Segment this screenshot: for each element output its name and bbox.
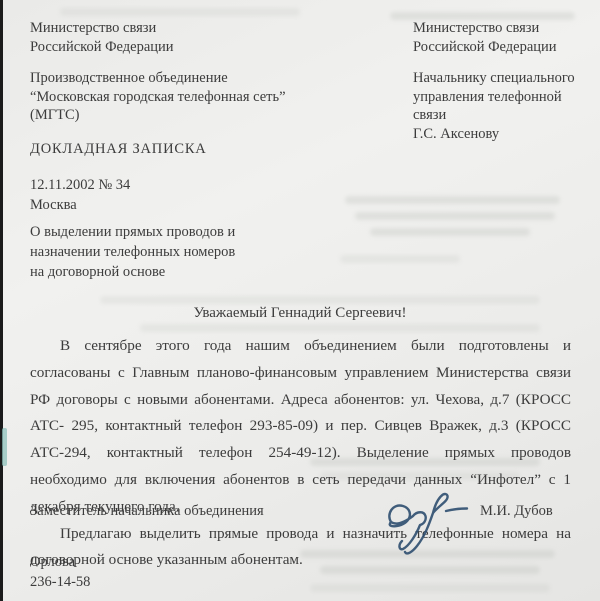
subject-block: О выделении прямых проводов и назначении… xyxy=(30,222,235,282)
handwritten-signature-icon xyxy=(383,490,479,566)
bleed-through-smudge xyxy=(100,296,540,304)
bleed-through-smudge xyxy=(355,212,555,220)
executor-block: Орлова 236-14-58 xyxy=(30,552,90,592)
executor-phone: 236-14-58 xyxy=(30,572,90,592)
bleed-through-smudge xyxy=(310,584,550,592)
bleed-through-smudge xyxy=(60,8,300,16)
sender-org-line: (МГТС) xyxy=(30,106,286,125)
signature-stroke xyxy=(389,494,467,553)
sender-ministry-line: Российской Федерации xyxy=(30,38,174,57)
city-line: Москва xyxy=(30,196,77,215)
date-number-line: 12.11.2002 № 34 xyxy=(30,176,130,195)
bleed-through-smudge xyxy=(340,255,460,263)
sender-org-line: “Московская городская телефонная сеть” xyxy=(30,88,286,107)
addressee-ministry-line: Министерство связи xyxy=(413,19,557,38)
bleed-through-smudge xyxy=(140,324,540,332)
addressee-line: управления телефонной xyxy=(413,88,575,107)
addressee-line: Г.С. Аксенову xyxy=(413,125,575,144)
body-paragraph: В сентябре этого года нашим объединением… xyxy=(30,333,571,521)
scan-edge-shadow xyxy=(0,0,3,601)
addressee-ministry-line: Российской Федерации xyxy=(413,38,557,57)
addressee-block: Начальнику специального управления телеф… xyxy=(413,69,575,143)
subject-line: назначении телефонных номеров xyxy=(30,242,235,262)
sender-ministry-line: Министерство связи xyxy=(30,19,174,38)
addressee-line: Начальнику специального xyxy=(413,69,575,88)
bleed-through-smudge xyxy=(345,196,560,204)
signer-name: М.И. Дубов xyxy=(480,503,553,520)
salutation: Уважаемый Геннадий Сергеевич! xyxy=(0,305,600,322)
body-text: В сентябре этого года нашим объединением… xyxy=(30,333,571,574)
subject-line: на договорной основе xyxy=(30,262,235,282)
sender-ministry-block: Министерство связи Российской Федерации xyxy=(30,19,174,56)
sender-org-line: Производственное объединение xyxy=(30,69,286,88)
body-paragraph: Предлагаю выделить прямые провода и назн… xyxy=(30,521,571,575)
bleed-through-smudge xyxy=(370,228,530,236)
subject-line: О выделении прямых проводов и xyxy=(30,222,235,242)
scan-edge-teal-mark xyxy=(2,428,7,466)
addressee-ministry-block: Министерство связи Российской Федерации xyxy=(413,19,557,56)
sender-org-block: Производственное объединение “Московская… xyxy=(30,69,286,125)
executor-name: Орлова xyxy=(30,552,90,572)
signer-position-title: Заместитель начальника объединения xyxy=(30,503,264,520)
scanned-memo-page: Министерство связи Российской Федерации … xyxy=(0,0,600,601)
addressee-line: связи xyxy=(413,106,575,125)
document-type-label: ДОКЛАДНАЯ ЗАПИСКА xyxy=(30,141,207,158)
